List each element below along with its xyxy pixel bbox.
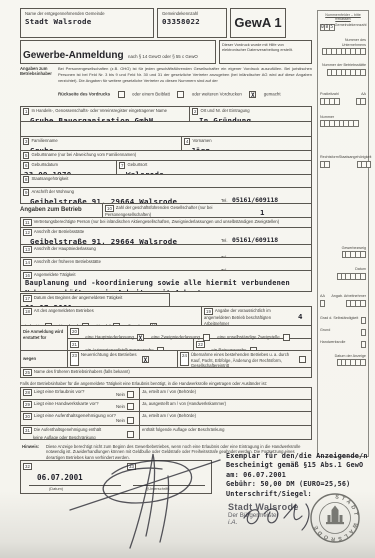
- field-block-23-24: wegen 23 Neuerrichtung des Betriebes X 2…: [20, 350, 312, 368]
- field-number: 11: [23, 219, 32, 226]
- stat-cells: [320, 48, 366, 55]
- stat-label: Angab. Arbeitnehmer: [331, 294, 366, 299]
- field-31-label1: Die Aufenthaltsgenehmigung enthält: [34, 427, 101, 432]
- form-title-box: Gewerbe-Anmeldung nach § 14 GewO oder § …: [20, 40, 216, 64]
- stat-aa-arbeitnehmer: AA Angab. Arbeitnehmer: [320, 294, 366, 307]
- bottom-zone: 32 33 06.07.2001 (Datum) (Unterschrift) …: [20, 452, 368, 556]
- field-29-ja-label: Ja, ausgestellt am / von (Handwerkskamme…: [139, 400, 311, 411]
- field-number: 22: [196, 341, 205, 348]
- stat-label: Grund: [320, 328, 361, 336]
- rueckseite-suffix: gemacht: [264, 92, 281, 97]
- stat-cells: [320, 273, 366, 280]
- field-28-ja-label: Ja, erteilt am / von (Behörde): [139, 388, 311, 399]
- field-row-20: 20 eine HauptniederlassungX eine Zweigni…: [68, 326, 311, 339]
- checkbox-31-keine-auflage: [127, 431, 134, 438]
- form-title-suffix: nach § 14 GewO oder § 55 c GewO: [128, 54, 198, 59]
- field-number: 10: [105, 205, 114, 212]
- stat-cells: [339, 161, 372, 168]
- stat-header: Nummernfelder – bitte freilassen: [320, 13, 366, 21]
- field-19-label: Angabe der voraussichtlich im angemeldet…: [204, 308, 271, 325]
- field-10-value: 1: [251, 204, 311, 217]
- field-row-23: 23 Neuerrichtung des Betriebes X: [67, 351, 177, 367]
- field-13-contact: Tel. Fax: [219, 245, 311, 257]
- seal-ring-text: STADT WALSRODE: [312, 494, 358, 541]
- field-number: 32: [23, 463, 32, 470]
- field-2-label: Ort und Nr. der Eintragung: [200, 108, 249, 113]
- stat-cells: [320, 69, 366, 76]
- field-17-label: Datum des Beginns der angemeldeten Tätig…: [34, 295, 122, 300]
- field-19-value: 4: [289, 307, 311, 325]
- field-number: 31: [23, 427, 32, 434]
- sidebar-wegen: wegen: [21, 351, 67, 367]
- field-number: 24: [180, 352, 189, 366]
- stat-cells: [320, 251, 366, 258]
- city-stamp: Stadt Walsrode Der Bürgermeister i.A.: [228, 502, 299, 526]
- field-row-3-4: 3Familienname Grube 4Vornamen Jörg: [20, 136, 312, 151]
- field-number: 1: [23, 108, 29, 115]
- stat-datum: Datum: [320, 267, 366, 280]
- title-band: Gewerbe-Anmeldung nach § 14 GewO oder § …: [20, 40, 312, 64]
- field-7-label: Geburtsort: [127, 162, 147, 167]
- field-3-label: Familienname: [31, 138, 57, 143]
- stat-cells: [320, 98, 340, 105]
- stat-label: Datum der Anzeige: [320, 354, 366, 359]
- stamp-ia: i.A.: [228, 519, 299, 526]
- field-30-ja-label: Ja, erteilt am / von (Behörde): [139, 412, 311, 425]
- field-10-label1: Zahl der geschäftsführenden Gesellschaft…: [105, 205, 213, 217]
- field-row-6-7: 6Geburtsdatum 23.09.1970 7Geburtsort Wal…: [20, 160, 312, 175]
- stat-label: Grad d. Selbständigkeit: [320, 316, 361, 324]
- intro-block: Angaben zum Betriebsinhaber Bei Personen…: [20, 66, 312, 103]
- field-number: 6: [23, 162, 29, 169]
- stat-label: Handwerksrolle: [320, 340, 361, 348]
- stat-rechtsform-staat: Rechtsform Staatsangehörigkeit: [320, 155, 366, 168]
- field-13-label: Anschrift der Hauptniederlassung: [34, 246, 96, 251]
- field-row-17: 17Datum des Beginns der angemeldeten Tät…: [20, 293, 312, 307]
- stat-cells: [361, 317, 366, 324]
- field-number: 14: [23, 259, 32, 266]
- field-row-10: Angaben zum Betrieb 10Zahl der geschäfts…: [20, 203, 312, 218]
- field-number: 13: [23, 246, 32, 253]
- stat-code-cells: 085: [320, 24, 335, 31]
- field-row-30: 30Liegt eine Aufenthaltsgenehmigung vor?…: [20, 411, 312, 426]
- stat-label: Staatsangehörigkeit: [339, 155, 372, 160]
- stat-cells: [320, 359, 366, 366]
- field-25-label: Name des früheren Betriebsinhabers (fall…: [34, 369, 130, 374]
- stat-handwerksrolle: Handwerksrolle: [320, 340, 366, 348]
- edv-note-box: Dieser Vordruck wurde mit Hilfe von elek…: [219, 40, 312, 64]
- signature-date: 06.07.2001: [37, 473, 83, 482]
- checkbox-weitere-vordrucke: X: [249, 91, 256, 98]
- tel-label: Tel.: [221, 238, 228, 243]
- field-row-1-2: 1In Handels-, Genossenschafts- oder Vere…: [20, 106, 312, 122]
- field-row-18-19: 18Art des angemeldeten Betriebes Industr…: [20, 306, 312, 326]
- stamp-city-name: Stadt Walsrode: [228, 502, 299, 512]
- stat-unternehmen: Nummer des Unternehmens: [320, 38, 366, 55]
- field-number: 5: [23, 152, 29, 159]
- field-number: 4: [184, 138, 190, 145]
- stat-label: Datum: [320, 267, 366, 272]
- gemeinde-box: Name der entgegennehmenden Gemeinde Stad…: [20, 8, 154, 38]
- stat-anzeige-datum: Datum der Anzeige: [320, 354, 366, 367]
- field-row-16: 16Angemeldete Tätigkeit Bauplanung und -…: [20, 270, 312, 292]
- stat-cells: [320, 161, 339, 168]
- field-number: 23: [70, 352, 79, 366]
- field-number: 19: [204, 308, 213, 315]
- field-block-20-22: Die Anmeldung wird erstattet für 20 eine…: [20, 325, 312, 351]
- field-1-label: In Handels-, Genossenschafts- oder Verei…: [31, 108, 166, 113]
- checkbox-28-nein: [127, 391, 134, 398]
- date-caption: (Datum): [49, 486, 63, 491]
- field-24-label: Übernahme eines bestehenden Betriebes u.…: [191, 352, 296, 366]
- intro-paragraph: Bei Personengesellschaften (z.B. OHG) is…: [58, 66, 312, 83]
- field-12-contact: Tel. 05161/609118 Fax 05161/72165: [219, 228, 311, 244]
- field-23-label: Neuerrichtung des Betriebes: [81, 352, 139, 366]
- checkbox-30-nein: [127, 417, 134, 424]
- cert-line-1: Exemplar für den/die Anzeigende/n: [226, 452, 368, 461]
- stat-label: Rechtsform: [320, 155, 339, 160]
- stat-cells: [361, 341, 366, 348]
- field-number: 28: [23, 389, 32, 396]
- field-5-label: Geburtsname (nur bei Abweichung vom Fami…: [31, 152, 136, 157]
- field-number: 3: [23, 138, 29, 145]
- checkbox-29-nein: [127, 403, 134, 410]
- form-code-box: GewA 1: [230, 8, 286, 38]
- rueckseite-option2: oder einem Beiblatt: [132, 92, 170, 97]
- field-29-label: Liegt eine Handwerkskarte vor?: [34, 401, 99, 406]
- checkbox-uebernahme: [299, 356, 306, 363]
- field-row-25: 25Name des früheren Betriebsinhabers (fa…: [20, 367, 312, 378]
- field-row-31: 31Die Aufenthaltsgenehmigung enthält kei…: [20, 425, 312, 440]
- field-number: 30: [23, 413, 32, 420]
- stat-gemeinde-label: Gemeindekennzahl: [335, 23, 367, 31]
- sidebar-anmeldung: Die Anmeldung wird erstattet für: [21, 326, 67, 350]
- field-row-14: 14Anschrift der früheren Betriebsstätte …: [20, 257, 312, 271]
- field-6-label: Geburtsdatum: [31, 162, 58, 167]
- stamp-title: Der Bürgermeister: [228, 512, 299, 519]
- field-number: 12: [23, 229, 32, 236]
- rueckseite-line: Rückseite des Vordrucks oder einem Beibl…: [58, 85, 312, 103]
- field-number: 20: [70, 328, 79, 335]
- stat-gewerbezweig: Gewerbezweig: [320, 246, 366, 259]
- field-9-contact: Tel. 05161/609118 Fax: [219, 188, 311, 203]
- checkbox-rueckseite: [118, 91, 125, 98]
- stat-gemeindekennzahl: 085 Gemeindekennzahl: [320, 23, 366, 31]
- field-30-label: Liegt eine Aufenthaltsgenehmigung vor?: [34, 413, 116, 418]
- field-number: 8: [23, 176, 29, 183]
- seal-building-icon: [326, 506, 344, 525]
- gemeindekennzahl-value: 03358022: [160, 16, 224, 27]
- stat-nummer: Nummer: [320, 115, 366, 128]
- stat-cells: [320, 300, 325, 307]
- field-number: 7: [119, 162, 125, 169]
- field-number: 33: [127, 463, 136, 470]
- field-number: 21: [70, 341, 79, 348]
- stat-label: Nummer: [320, 115, 366, 120]
- stat-cells: [361, 329, 366, 336]
- field-14-contact: Tel. Fax: [219, 258, 311, 270]
- scanned-form-page: Name der entgegennehmenden Gemeinde Stad…: [0, 0, 375, 558]
- stat-cells: [356, 98, 366, 105]
- field-12-label: Anschrift der Betriebsstätte: [34, 229, 84, 234]
- cert-line-4: Gebühr: 50,00 DM (EURO=25,56): [226, 480, 368, 489]
- svg-text:STADT WALSRODE: STADT WALSRODE: [312, 494, 358, 541]
- field-14-label: Anschrift der früheren Betriebsstätte: [34, 259, 101, 264]
- sidebar-betriebsinhaber: Angaben zum Betriebsinhaber: [20, 66, 58, 103]
- field-31-label2: keine Auflage oder Beschränkung: [21, 434, 139, 440]
- field-18-label: Art des angemeldeten Betriebes: [34, 308, 94, 313]
- header-band: Name der entgegennehmenden Gemeinde Stad…: [20, 8, 312, 38]
- field-number: 2: [192, 108, 198, 115]
- field-29-nein-label: Nein: [116, 404, 125, 409]
- stat-label: AA: [356, 92, 366, 97]
- stat-cells: [331, 300, 366, 307]
- field-28-label: Liegt eine Erlaubnis vor?: [34, 389, 85, 394]
- gemeindekennzahl-box: Gemeindekennzahl 03358022: [157, 8, 227, 38]
- signature-box: 32 33 06.07.2001 (Datum) (Unterschrift): [20, 460, 212, 494]
- stat-betriebsstaette: Nummer der Betriebsstätte: [320, 63, 366, 76]
- stat-grund: Grund: [320, 328, 366, 336]
- field-11-label: Vertretungsberechtigte Person (nur bei i…: [34, 219, 280, 224]
- stat-cells: [320, 120, 366, 127]
- checkbox-beiblatt: [177, 91, 184, 98]
- field-row-8: 8Staatsangehörigkeit deutsch X andere:: [20, 174, 312, 188]
- stat-plz-aa: Postleitzahl AA: [320, 92, 366, 105]
- field-number: 17: [23, 295, 32, 302]
- stat-label: Postleitzahl: [320, 92, 340, 97]
- field-number: 29: [23, 401, 32, 408]
- statistics-column: Nummernfelder – bitte freilassen 085 Gem…: [317, 10, 369, 457]
- field-4-label: Vornamen: [192, 138, 211, 143]
- field-row-13: 13Anschrift der Hauptniederlassung Tel. …: [20, 244, 312, 258]
- form-title: Gewerbe-Anmeldung: [23, 50, 124, 61]
- gemeinde-value: Stadt Walsrode: [23, 16, 151, 27]
- certification-block: Exemplar für den/die Anzeigende/n Besche…: [226, 452, 368, 499]
- field-row-9: 9Anschrift der Wohnung Geibelstraße 91, …: [20, 187, 312, 204]
- stat-label: Nummer der Betriebsstätte: [320, 63, 366, 68]
- signature-caption: (Unterschrift): [147, 486, 169, 491]
- field-16-value: Bauplanung und -koordinierung sowie alle…: [21, 279, 311, 292]
- stat-grad: Grad d. Selbständigkeit: [320, 316, 366, 324]
- cert-line-3: am: 06.07.2001: [226, 471, 368, 480]
- field-row-24: 24 Übernahme eines bestehenden Betriebes…: [177, 351, 311, 367]
- checkbox-neuerrichtung: X: [142, 356, 149, 363]
- field-number: 16: [23, 272, 32, 279]
- rueckseite-option1: Rückseite des Vordrucks: [58, 92, 110, 97]
- field-9-label: Anschrift der Wohnung: [31, 189, 74, 194]
- rueckseite-option3: oder weiteren Vordrucken: [192, 92, 242, 97]
- field-number: 9: [23, 189, 29, 196]
- field-28-nein-label: Nein: [116, 392, 125, 397]
- field-number: 25: [23, 369, 32, 376]
- field-number: 18: [23, 308, 32, 315]
- field-16-label: Angemeldete Tätigkeit: [34, 272, 76, 277]
- field-8-label: Staatsangehörigkeit: [31, 176, 68, 181]
- field-12-tel: 05161/609118: [232, 236, 278, 244]
- field-31-label3: enthält folgende Auflage oder Beschränku…: [139, 426, 311, 439]
- stat-label: Gewerbezweig: [320, 246, 366, 251]
- stat-label: Nummer des Unternehmens: [320, 38, 366, 47]
- sidebar-betrieb: Angaben zum Betrieb: [20, 203, 102, 218]
- field-row-12: 12Anschrift der Betriebsstätte Geibelstr…: [20, 227, 312, 245]
- stat-label: AA: [320, 294, 325, 299]
- cert-line-5: Unterschrift/Siegel:: [226, 490, 368, 499]
- cert-line-2: Bescheinigt gemäß §15 Abs.1 GewO: [226, 461, 368, 470]
- field-30-nein-label: Nein: [116, 418, 125, 423]
- form-main-column: Name der entgegennehmenden Gemeinde Stad…: [20, 8, 312, 460]
- field-1-continuation-space: [20, 121, 312, 137]
